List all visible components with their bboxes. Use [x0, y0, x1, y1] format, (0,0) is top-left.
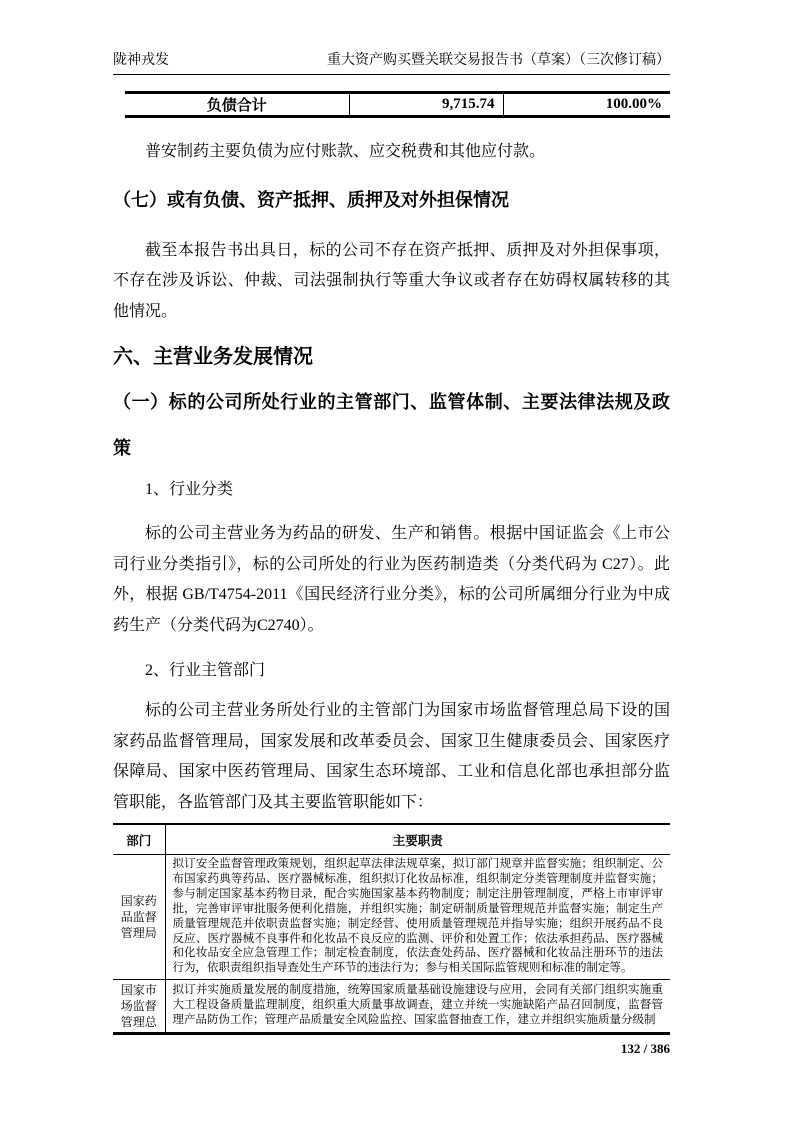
paragraph-industry-classification: 标的公司主营业务为药品的研发、生产和销售。根据中国证监会《上市公司行业分类指引》…: [113, 519, 670, 641]
page-number: 132 / 386: [113, 1041, 670, 1057]
heading-chapter-6: 六、主营业务发展情况: [113, 343, 670, 371]
paragraph-industry-regulators: 标的公司主营业务所处行业的主管部门为国家市场监督管理总局下设的国家药品监督管理局…: [113, 696, 670, 818]
department-name-cell: 国家药品监督管理局: [113, 855, 165, 980]
header-report-title: 重大资产购买暨关联交易报告书（草案）（三次修订稿）: [327, 52, 670, 69]
paragraph-section-7: 截至本报告书出具日，标的公司不存在资产抵押、质押及对外担保事项，不存在涉及诉讼、…: [113, 236, 670, 328]
running-header: 陇神戎发 重大资产购买暨关联交易报告书（草案）（三次修订稿）: [113, 52, 670, 75]
column-header-duties: 主要职责: [165, 824, 670, 855]
subheading-industry-classification: 1、行业分类: [113, 475, 670, 505]
table-row: 负债合计 9,715.74 100.00%: [125, 93, 670, 117]
column-header-department: 部门: [113, 824, 165, 855]
heading-section-1: （一）标的公司所处行业的主管部门、监管体制、主要法律法规及政策: [113, 379, 670, 471]
heading-section-7: （七）或有负债、资产抵押、质押及对外担保情况: [113, 188, 670, 213]
paragraph-liability-note: 普安制药主要负债为应付账款、应交税费和其他应付款。: [113, 137, 670, 168]
department-duty-cell: 拟订安全监督管理政策规划，组织起草法律法规草案，拟订部门规章并监督实施；组织制定…: [165, 855, 670, 980]
table-row: 国家市场监督管理总 拟订并实施质量发展的制度措施，统筹国家质量基础设施建设与应用…: [113, 980, 670, 1034]
table-row: 国家药品监督管理局 拟订安全监督管理政策规划，组织起草法律法规草案，拟订部门规章…: [113, 855, 670, 980]
department-name-cell: 国家市场监督管理总: [113, 980, 165, 1034]
header-company-name: 陇神戎发: [113, 52, 169, 69]
liability-total-table: 负债合计 9,715.74 100.00%: [125, 91, 670, 118]
table-header-row: 部门 主要职责: [113, 824, 670, 855]
document-page: 陇神戎发 重大资产购买暨关联交易报告书（草案）（三次修订稿） 负债合计 9,71…: [0, 0, 793, 1122]
department-duty-cell: 拟订并实施质量发展的制度措施，统筹国家质量基础设施建设与应用，会同有关部门组织实…: [165, 980, 670, 1034]
regulators-duties-table: 部门 主要职责 国家药品监督管理局 拟订安全监督管理政策规划，组织起草法律法规草…: [113, 823, 670, 1035]
subheading-industry-regulators: 2、行业主管部门: [113, 656, 670, 686]
liability-total-label: 负债合计: [125, 93, 349, 117]
liability-total-amount: 9,715.74: [349, 93, 503, 117]
liability-total-percent: 100.00%: [503, 93, 670, 117]
